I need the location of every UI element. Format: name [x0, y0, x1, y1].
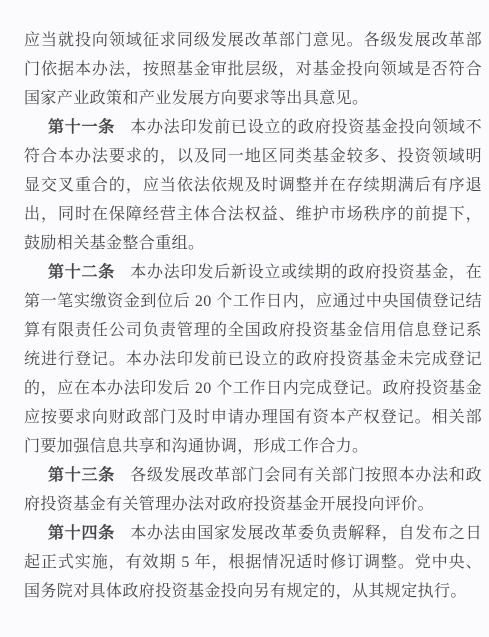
article-11-paragraph: 第十一条本办法印发前已设立的政府投资基金投向领域不符合本办法要求的，以及同一地区… [24, 113, 482, 258]
article-13-number: 第十三条 [48, 467, 115, 484]
paragraph-continuation-text: 应当就投向领域征求同级发展改革部门意见。各级发展改革部门依据本办法，按照基金审批… [24, 32, 482, 107]
article-11-text: 本办法印发前已设立的政府投资基金投向领域不符合本办法要求的，以及同一地区同类基金… [24, 119, 482, 252]
article-12-paragraph: 第十二条本办法印发后新设立或续期的政府投资基金，在第一笔实缴资金到位后 20 个… [24, 258, 482, 461]
article-12-number: 第十二条 [48, 264, 115, 281]
document-page: 应当就投向领域征求同级发展改革部门意见。各级发展改革部门依据本办法，按照基金审批… [0, 0, 489, 637]
article-14-paragraph: 第十四条本办法由国家发展改革委负责解释，自发布之日起正式实施，有效期 5 年，根… [24, 519, 482, 606]
article-13-paragraph: 第十三条各级发展改革部门会同有关部门按照本办法和政府投资基金有关管理办法对政府投… [24, 461, 482, 519]
article-14-number: 第十四条 [48, 525, 115, 542]
article-12-text: 本办法印发后新设立或续期的政府投资基金，在第一笔实缴资金到位后 20 个工作日内… [24, 264, 482, 455]
article-11-number: 第十一条 [48, 119, 115, 136]
paragraph-continuation: 应当就投向领域征求同级发展改革部门意见。各级发展改革部门依据本办法，按照基金审批… [24, 26, 482, 113]
